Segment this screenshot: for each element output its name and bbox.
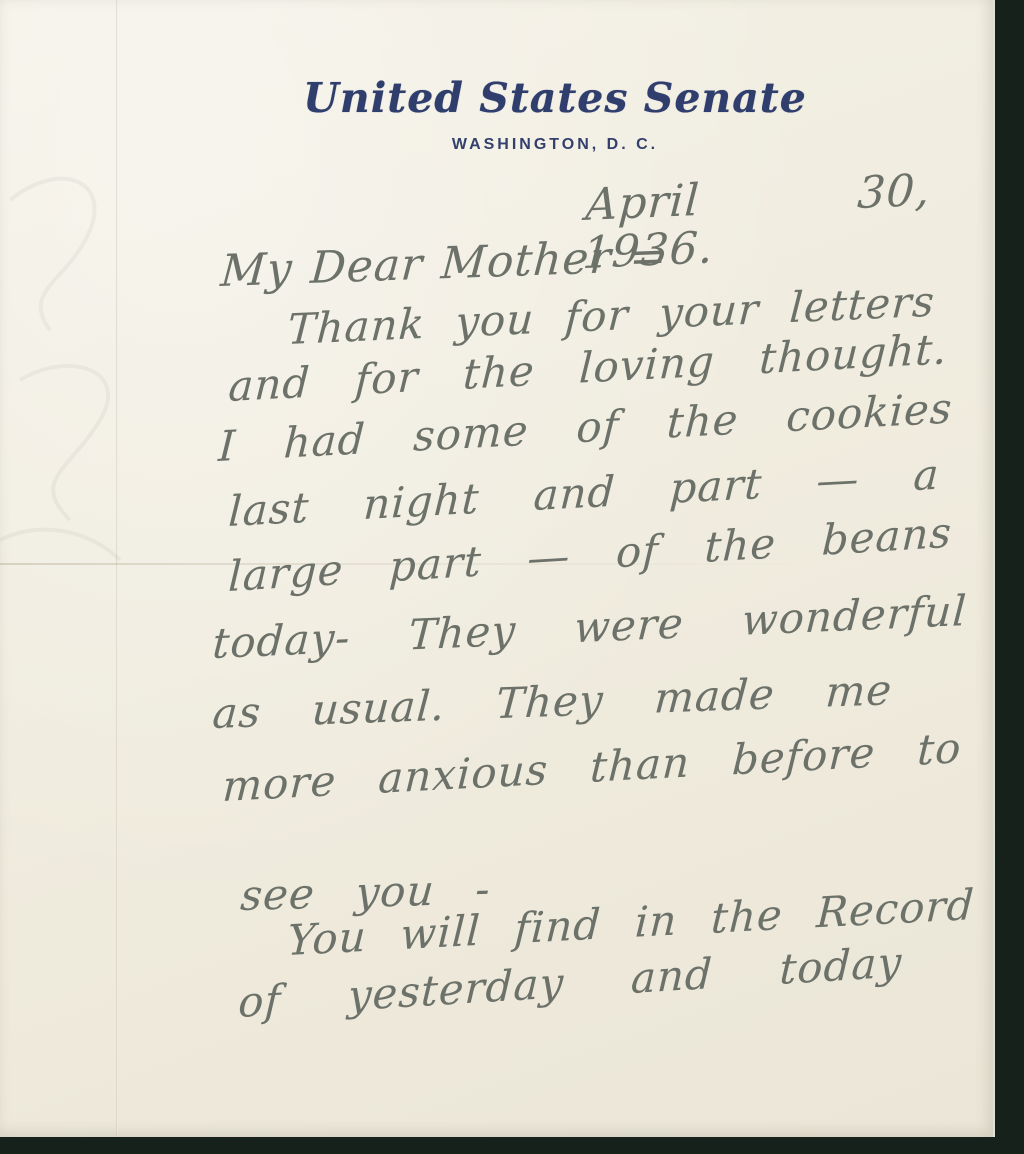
letter-paper: United States Senate WASHINGTON, D. C. A…: [0, 0, 995, 1137]
ink-bleed-through: [0, 140, 220, 580]
scanned-letter-page: United States Senate WASHINGTON, D. C. A…: [0, 0, 1024, 1154]
letterhead-subtitle: WASHINGTON, D. C.: [117, 136, 993, 154]
letterhead-title: United States Senate: [117, 74, 993, 122]
handwritten-line: more anxious than before to: [221, 725, 962, 810]
handwritten-line: as usual. They made me: [211, 667, 894, 737]
letter-salutation: My Dear Mother =: [219, 232, 669, 296]
handwritten-line: today- They were wonderful: [211, 588, 968, 667]
letterhead: United States Senate WASHINGTON, D. C.: [117, 0, 993, 154]
